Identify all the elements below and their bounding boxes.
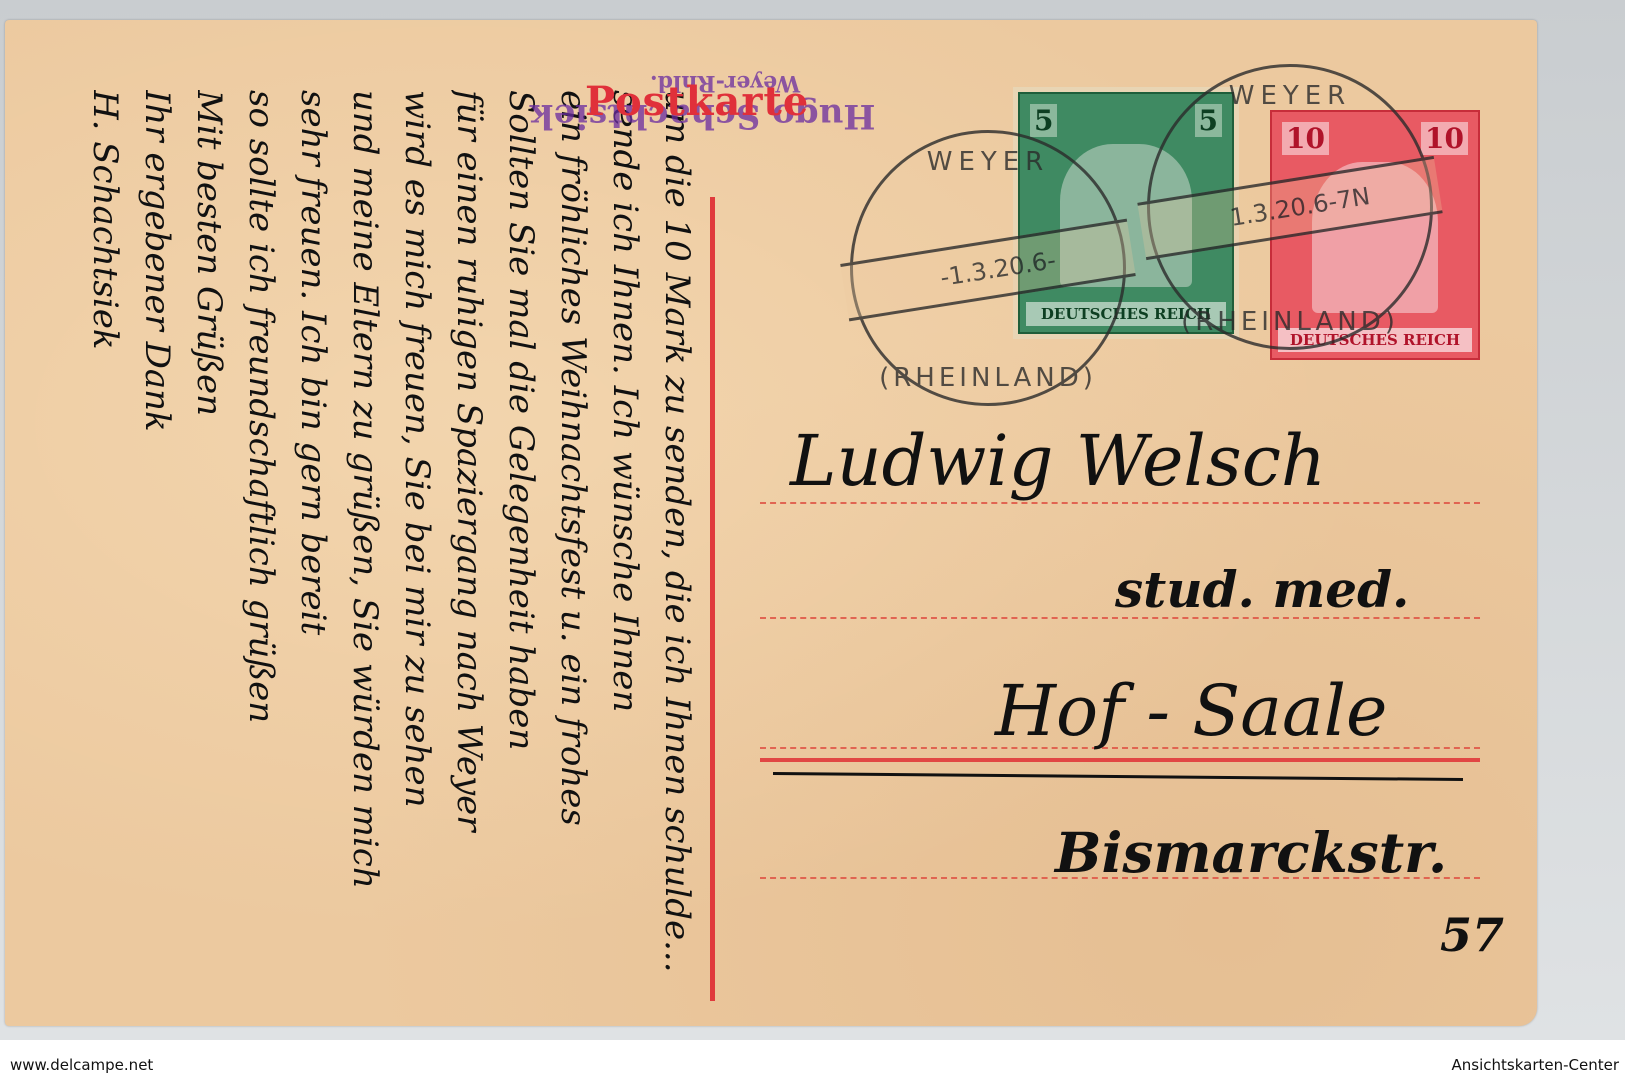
message-line: Sollten Sie mal die Gelegenheit haben: [501, 90, 541, 990]
message-line: Ihr ergebener Dank: [137, 90, 177, 990]
vertical-divider-rule: [710, 197, 715, 1001]
message-line: H. Schachtsiek: [85, 90, 125, 990]
message-line: sende ich Ihnen. Ich wünsche Ihnen: [605, 90, 645, 990]
message-line: und meine Eltern zu grüßen, Sie würden m…: [345, 90, 385, 990]
recipient-street: Bismarckstr.: [1055, 820, 1447, 885]
message-line: für einen ruhigen Spaziergang nach Weyer: [449, 90, 489, 990]
watermark-seller: Ansichtskarten-Center: [1452, 1056, 1620, 1074]
postcard: um die 10 Mark zu senden, die ich Ihnen …: [5, 20, 1537, 1026]
postmark-cancellation: WEYER 1.3.20.6-7N (RHEINLAND): [1147, 64, 1433, 350]
card-title: Postkarte: [585, 78, 809, 125]
handwritten-message: um die 10 Mark zu senden, die ich Ihnen …: [45, 90, 695, 990]
recipient-title: stud. med.: [1115, 560, 1409, 619]
city-underline-scribble: [773, 772, 1463, 781]
watermark-delcampe: www.delcampe.net: [10, 1056, 153, 1074]
message-line: sehr freuen. Ich bin gern bereit: [293, 90, 333, 990]
postmark-cancellation: WEYER -1.3.20.6- (RHEINLAND): [850, 130, 1126, 406]
message-line: um die 10 Mark zu senden, die ich Ihnen …: [657, 90, 697, 990]
message-line: ein fröhliches Weihnachtsfest u. ein fro…: [553, 90, 593, 990]
message-line: Mit besten Grüßen: [189, 90, 229, 990]
recipient-city: Hof - Saale: [995, 670, 1388, 752]
message-line: so sollte ich freundschaftlich grüßen: [241, 90, 281, 990]
address-rule-city: [760, 758, 1480, 762]
recipient-name: Ludwig Welsch: [790, 420, 1326, 502]
address-rule: [760, 502, 1480, 504]
message-line: wird es mich freuen, Sie bei mir zu sehe…: [397, 90, 437, 990]
recipient-house-number: 57: [1440, 908, 1504, 962]
